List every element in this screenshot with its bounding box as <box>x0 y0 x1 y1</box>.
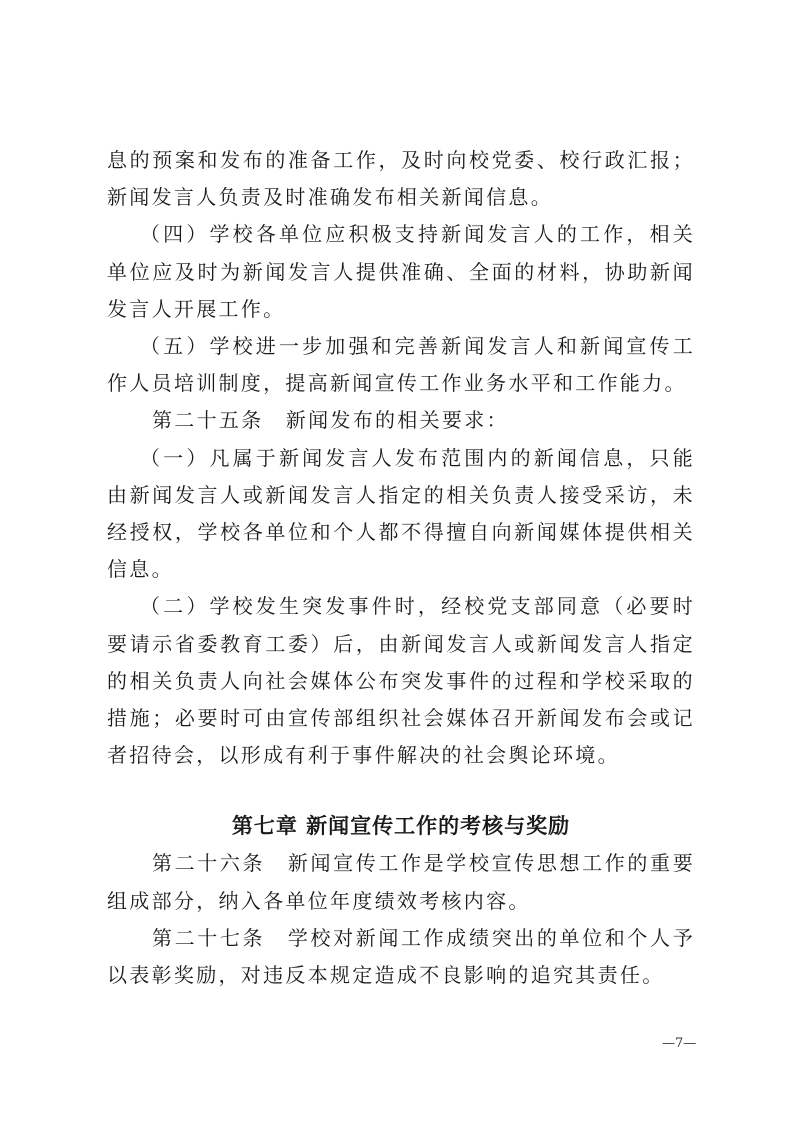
page-number: —7— <box>662 1036 696 1051</box>
chapter-title: 第七章 新闻宣传工作的考核与奖励 <box>107 808 695 845</box>
paragraph-item-5: （五）学校进一步加强和完善新闻发言人和新闻宣传工作人员培训制度，提高新闻宣传工作… <box>107 328 695 402</box>
article-27: 第二十七条 学校对新闻工作成绩突出的单位和个人予以表彰奖励，对违反本规定造成不良… <box>107 920 695 994</box>
paragraph-item-4: （四）学校各单位应积极支持新闻发言人的工作，相关单位应及时为新闻发言人提供准确、… <box>107 216 695 328</box>
article-25-item-1: （一）凡属于新闻发言人发布范围内的新闻信息，只能由新闻发言人或新闻发言人指定的相… <box>107 440 695 589</box>
article-25-item-2: （二）学校发生突发事件时，经校党支部同意（必要时要请示省委教育工委）后，由新闻发… <box>107 588 695 774</box>
paragraph-continuation: 息的预案和发布的准备工作，及时向校党委、校行政汇报；新闻发言人负责及时准确发布相… <box>107 142 695 216</box>
document-page: 息的预案和发布的准备工作，及时向校党委、校行政汇报；新闻发言人负责及时准确发布相… <box>107 142 695 994</box>
article-25-heading: 第二十五条 新闻发布的相关要求： <box>107 402 695 439</box>
article-26: 第二十六条 新闻宣传工作是学校宣传思想工作的重要组成部分，纳入各单位年度绩效考核… <box>107 845 695 919</box>
